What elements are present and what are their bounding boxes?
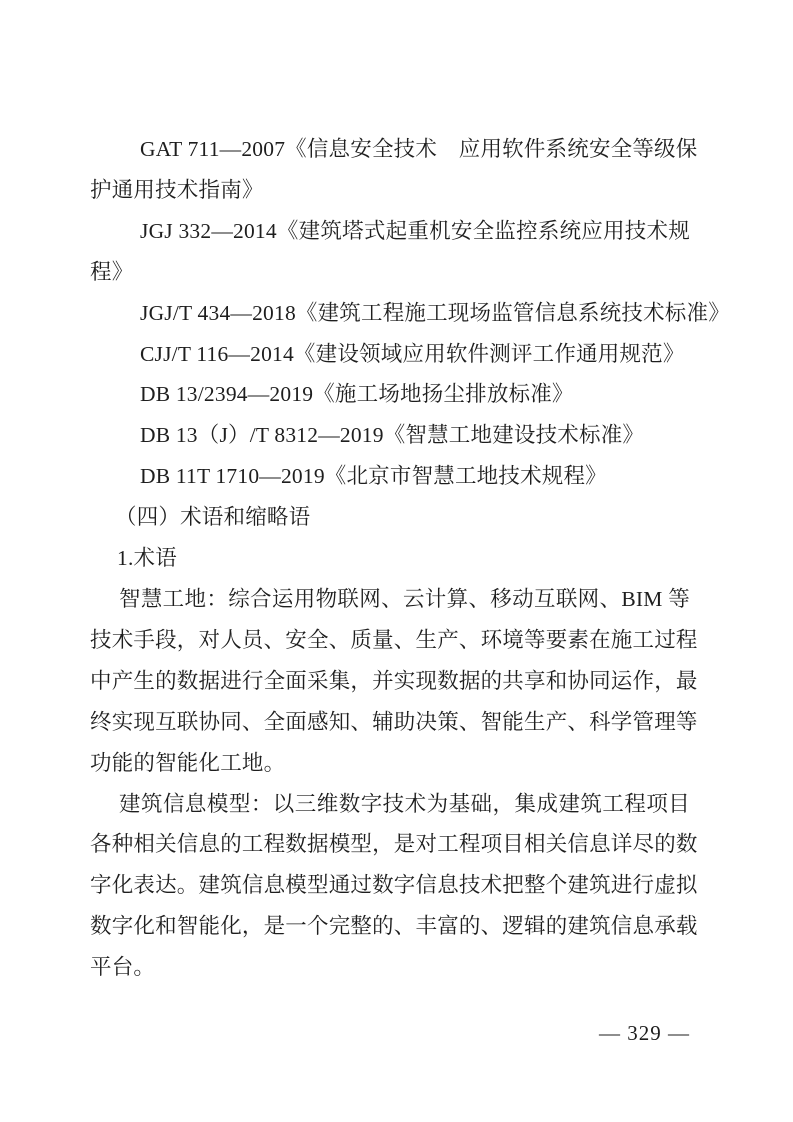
paragraph-first-line: 建筑信息模型：以三维数字技术为基础，集成建筑工程项目 (90, 784, 690, 825)
standard-reference-line: JGJ/T 434—2018《建筑工程施工现场监管信息系统技术标准》 (90, 293, 690, 334)
standard-reference-line: GAT 711—2007《信息安全技术 应用软件系统安全等级保 (90, 129, 690, 170)
paragraph-last-line: 平台。 (90, 947, 690, 988)
standard-reference-continuation: 护通用技术指南》 (90, 170, 690, 211)
document-page: GAT 711—2007《信息安全技术 应用软件系统安全等级保 护通用技术指南》… (0, 0, 793, 1122)
paragraph-line: 终实现互联协同、全面感知、辅助决策、智能生产、科学管理等 (90, 702, 690, 743)
standard-reference-line: DB 13（J）/T 8312—2019《智慧工地建设技术标准》 (90, 415, 690, 456)
paragraph-line: 中产生的数据进行全面采集，并实现数据的共享和协同运作，最 (90, 661, 690, 702)
standard-reference-line: DB 13/2394—2019《施工场地扬尘排放标准》 (90, 374, 690, 415)
paragraph-line: 字化表达。建筑信息模型通过数字信息技术把整个建筑进行虚拟 (90, 865, 690, 906)
paragraph-line: 数字化和智能化，是一个完整的、丰富的、逻辑的建筑信息承载 (90, 906, 690, 947)
subsection-heading: 1.术语 (90, 538, 690, 579)
paragraph-last-line: 功能的智能化工地。 (90, 743, 690, 784)
paragraph-line: 各种相关信息的工程数据模型，是对工程项目相关信息详尽的数 (90, 824, 690, 865)
page-number: — 329 — (599, 1021, 690, 1046)
paragraph-line: 技术手段，对人员、安全、质量、生产、环境等要素在施工过程 (90, 620, 690, 661)
standard-reference-line: DB 11T 1710—2019《北京市智慧工地技术规程》 (90, 456, 690, 497)
document-body: GAT 711—2007《信息安全技术 应用软件系统安全等级保 护通用技术指南》… (90, 129, 690, 988)
section-heading: （四）术语和缩略语 (90, 497, 690, 538)
standard-reference-continuation: 程》 (90, 252, 690, 293)
standard-reference-line: JGJ 332—2014《建筑塔式起重机安全监控系统应用技术规 (90, 211, 690, 252)
standard-reference-line: CJJ/T 116—2014《建设领域应用软件测评工作通用规范》 (90, 334, 690, 375)
paragraph-first-line: 智慧工地：综合运用物联网、云计算、移动互联网、BIM 等 (90, 579, 690, 620)
